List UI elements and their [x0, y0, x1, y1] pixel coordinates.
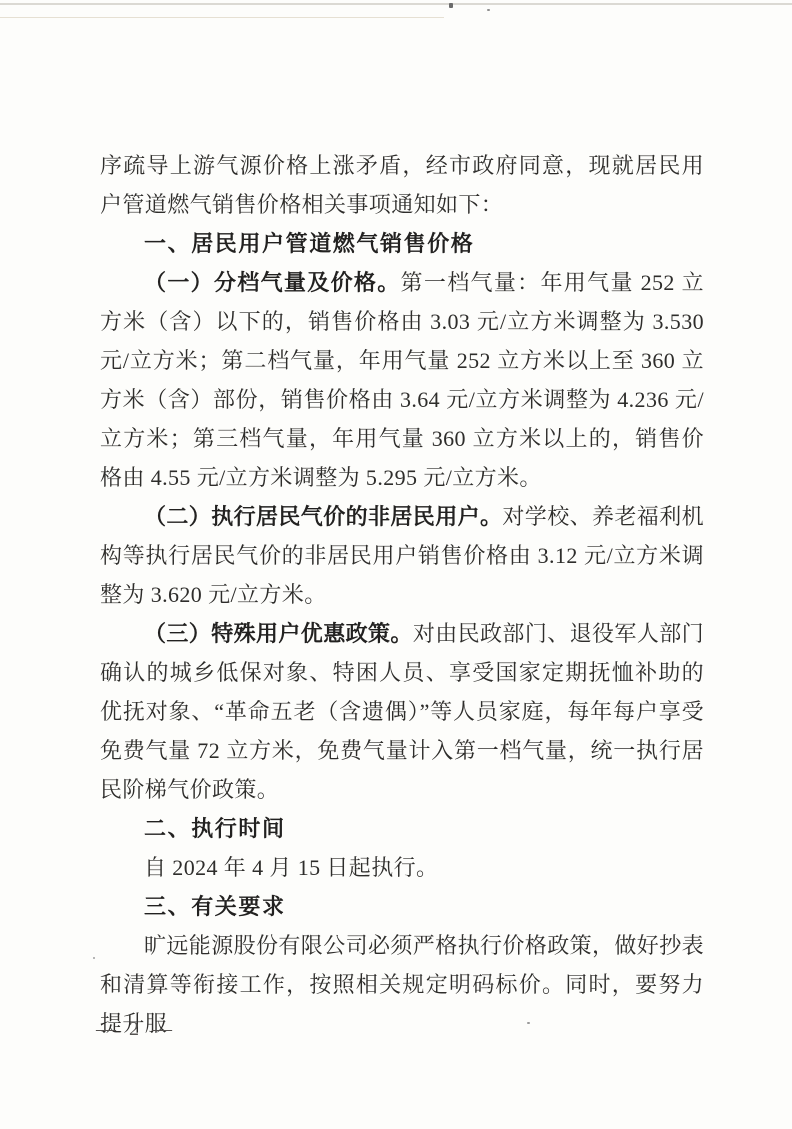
scanned-document-page: 序疏导上游气源价格上涨矛盾，经市政府同意，现就居民用户管道燃气销售价格相关事项通…: [0, 0, 792, 1129]
page-number: — 2 —: [96, 1018, 176, 1041]
bold-lead-text: （一）分档气量及价格。: [144, 270, 401, 295]
bold-lead-text: 二、执行时间: [144, 816, 286, 841]
paragraph: 自 2024 年 4 月 15 日起执行。: [100, 848, 704, 887]
text-segment: 对由民政部门、退役军人部门确认的城乡低保对象、特困人员、享受国家定期抚恤补助的优…: [100, 621, 704, 802]
paragraph: （一）分档气量及价格。第一档气量：年用气量 252 立方米（含）以下的，销售价格…: [100, 263, 704, 497]
text-segment: 旷远能源股份有限公司必须严格执行价格政策，做好抄表和清算等衔接工作，按照相关规定…: [100, 933, 704, 1036]
scan-edge-artifact: [0, 17, 444, 18]
section-heading: 二、执行时间: [100, 809, 704, 848]
scan-speck: [449, 3, 453, 8]
paragraph: 序疏导上游气源价格上涨矛盾，经市政府同意，现就居民用户管道燃气销售价格相关事项通…: [100, 146, 704, 224]
document-body: 序疏导上游气源价格上涨矛盾，经市政府同意，现就居民用户管道燃气销售价格相关事项通…: [100, 146, 704, 1043]
text-segment: 自 2024 年 4 月 15 日起执行。: [144, 855, 438, 880]
text-segment: 序疏导上游气源价格上涨矛盾，经市政府同意，现就居民用户管道燃气销售价格相关事项通…: [100, 153, 704, 217]
bold-lead-text: 一、居民用户管道燃气销售价格: [144, 231, 474, 256]
text-segment: 第一档气量：年用气量 252 立方米（含）以下的，销售价格由 3.03 元/立方…: [100, 270, 704, 490]
bold-lead-text: （二）执行居民气价的非居民用户。: [144, 504, 502, 529]
paragraph: （三）特殊用户优惠政策。对由民政部门、退役军人部门确认的城乡低保对象、特困人员、…: [100, 614, 704, 809]
scan-speck: [93, 957, 95, 959]
paragraph: （二）执行居民气价的非居民用户。对学校、养老福利机构等执行居民气价的非居民用户销…: [100, 497, 704, 614]
bold-lead-text: （三）特殊用户优惠政策。: [144, 621, 413, 646]
scan-speck: [487, 9, 490, 11]
paragraph: 旷远能源股份有限公司必须严格执行价格政策，做好抄表和清算等衔接工作，按照相关规定…: [100, 926, 704, 1043]
section-heading: 一、居民用户管道燃气销售价格: [100, 224, 704, 263]
bold-lead-text: 三、有关要求: [144, 894, 286, 919]
scan-edge-artifact: [0, 3, 792, 5]
section-heading: 三、有关要求: [100, 887, 704, 926]
